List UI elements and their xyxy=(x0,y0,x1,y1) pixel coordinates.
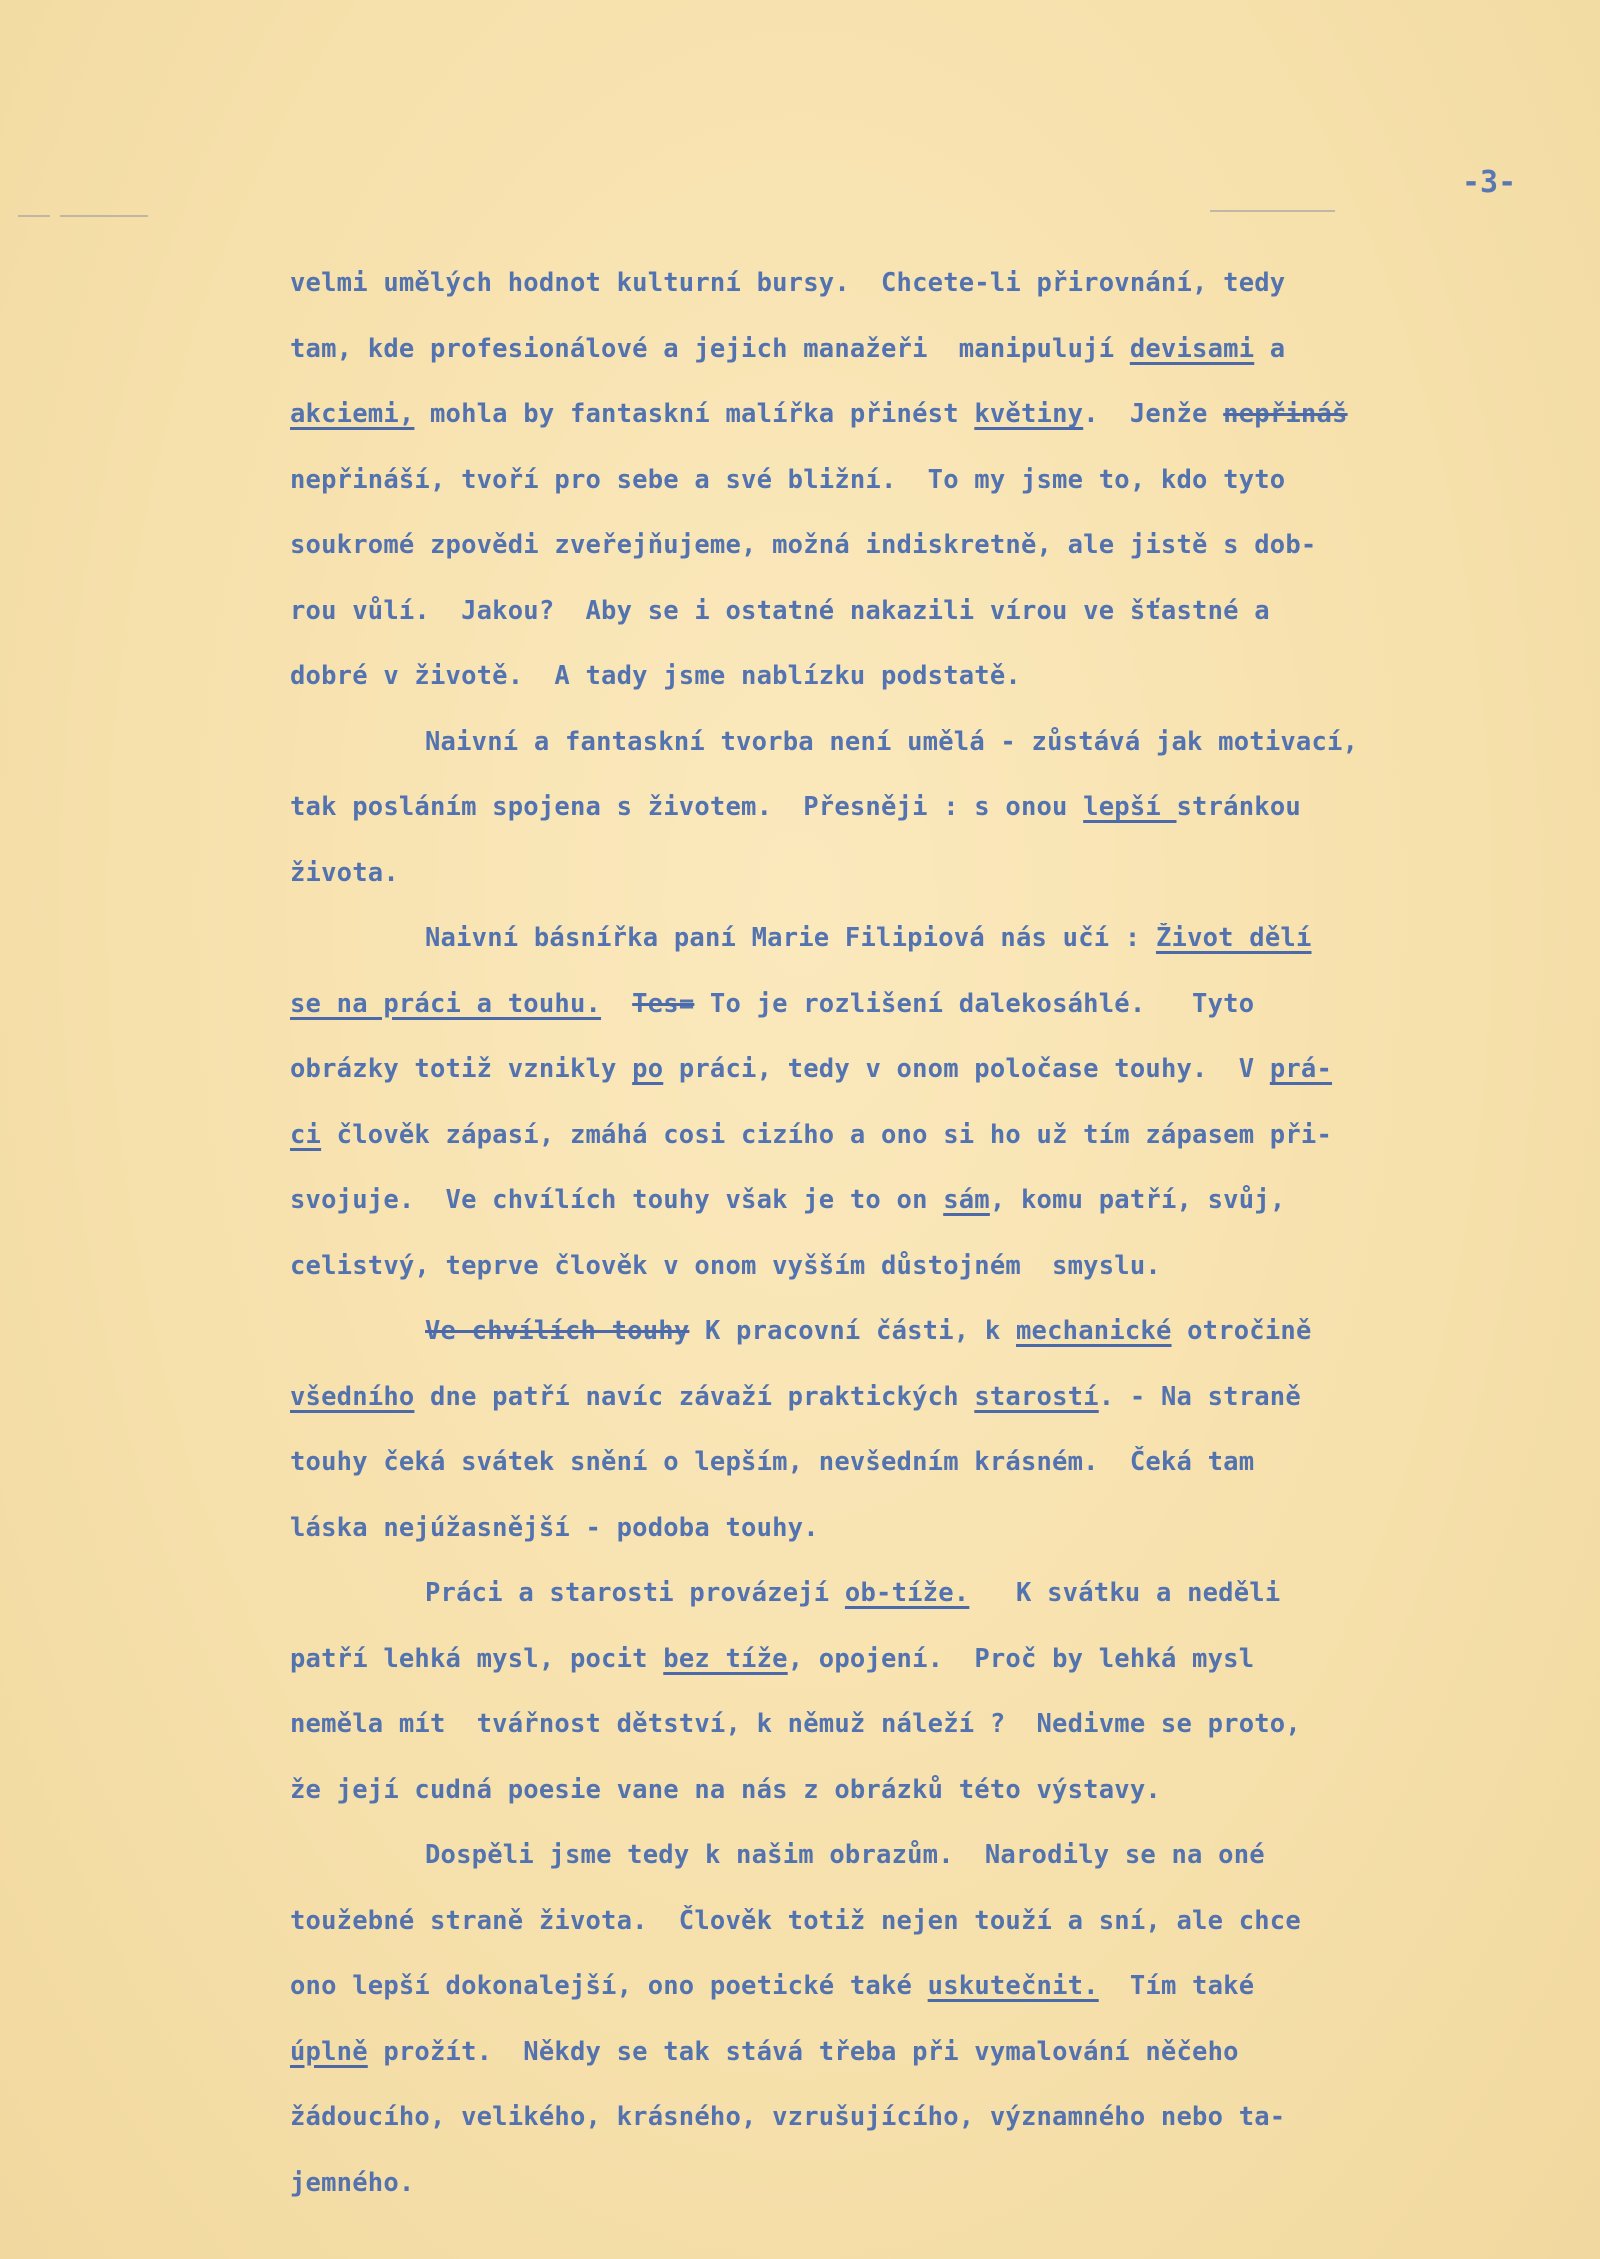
text-segment: a xyxy=(1254,334,1285,364)
underlined-text: devisami xyxy=(1130,334,1254,364)
text-segment: jemného. xyxy=(290,2168,414,2198)
text-segment: Naivní básnířka paní Marie Filipiová nás… xyxy=(425,923,1156,953)
text-segment: Tím také xyxy=(1099,1971,1255,2001)
text-segment: člověk zápasí, zmáhá cosi cizího a ono s… xyxy=(321,1120,1332,1150)
typewritten-page: -3- velmi umělých hodnot kulturní bursy.… xyxy=(0,0,1600,2259)
struck-through-text: nepřináš xyxy=(1223,399,1347,429)
text-segment: Dospěli jsme tedy k našim obrazům. Narod… xyxy=(425,1840,1265,1870)
text-segment: . - Na straně xyxy=(1099,1382,1301,1412)
text-line: života. xyxy=(290,855,1580,921)
text-line: soukromé zpovědi zveřejňujeme, možná ind… xyxy=(290,527,1580,593)
underlined-text: bez tíže xyxy=(663,1644,787,1674)
text-line: dobré v životě. A tady jsme nablízku pod… xyxy=(290,658,1580,724)
text-segment: neměla mít tvářnost dětství, k němuž nál… xyxy=(290,1709,1301,1739)
text-line: se na práci a touhu. Tes= To je rozlišen… xyxy=(290,986,1580,1052)
text-segment: že její cudná poesie vane na nás z obráz… xyxy=(290,1775,1161,1805)
text-segment: života. xyxy=(290,858,399,888)
text-line: patří lehká mysl, pocit bez tíže, opojen… xyxy=(290,1641,1580,1707)
margin-mark-right xyxy=(1210,210,1335,212)
text-segment: obrázky totiž vznikly xyxy=(290,1054,632,1084)
text-line: obrázky totiž vznikly po práci, tedy v o… xyxy=(290,1051,1580,1117)
text-line: svojuje. Ve chvílích touhy však je to on… xyxy=(290,1182,1580,1248)
text-line: ci člověk zápasí, zmáhá cosi cizího a on… xyxy=(290,1117,1580,1183)
text-segment: tam, kde profesionálové a jejich manažeř… xyxy=(290,334,1130,364)
text-segment: nepřináší, tvoří pro sebe a své bližní. … xyxy=(290,465,1285,495)
text-line: že její cudná poesie vane na nás z obráz… xyxy=(290,1772,1580,1838)
text-segment: celistvý, teprve člověk v onom vyšším dů… xyxy=(290,1251,1161,1281)
text-segment: dobré v životě. A tady jsme nablízku pod… xyxy=(290,661,1021,691)
margin-mark-left-2 xyxy=(60,215,148,217)
text-segment: tak posláním spojena s životem. Přesněji… xyxy=(290,792,1083,822)
text-segment: žádoucího, velikého, krásného, vzrušujíc… xyxy=(290,2102,1285,2132)
underlined-text: všedního xyxy=(290,1382,414,1412)
text-segment: patří lehká mysl, pocit xyxy=(290,1644,663,1674)
text-segment: práci, tedy v onom poločase touhy. V xyxy=(663,1054,1270,1084)
text-line: rou vůlí. Jakou? Aby se i ostatné nakazi… xyxy=(290,593,1580,659)
text-segment: , opojení. Proč by lehká mysl xyxy=(788,1644,1255,1674)
text-line: láska nejúžasnější - podoba touhy. xyxy=(290,1510,1580,1576)
text-line: nepřináší, tvoří pro sebe a své bližní. … xyxy=(290,462,1580,528)
struck-through-text: Tes= xyxy=(632,989,694,1019)
text-segment: Naivní a fantaskní tvorba není umělá - z… xyxy=(425,727,1358,757)
text-segment: soukromé zpovědi zveřejňujeme, možná ind… xyxy=(290,530,1316,560)
underlined-text: mechanické xyxy=(1016,1316,1172,1346)
text-segment: dne patří navíc závaží praktických xyxy=(414,1382,974,1412)
text-segment: svojuje. Ve chvílích touhy však je to on xyxy=(290,1185,943,1215)
text-segment: velmi umělých hodnot kulturní bursy. Chc… xyxy=(290,268,1285,298)
text-line: všedního dne patří navíc závaží praktick… xyxy=(290,1379,1580,1445)
text-line: tam, kde profesionálové a jejich manažeř… xyxy=(290,331,1580,397)
text-segment: prožít. Někdy se tak stává třeba při vym… xyxy=(368,2037,1239,2067)
text-line: celistvý, teprve člověk v onom vyšším dů… xyxy=(290,1248,1580,1314)
page-number: -3- xyxy=(1462,165,1516,200)
text-line: toužebné straně života. Člověk totiž nej… xyxy=(290,1903,1580,1969)
text-line: žádoucího, velikého, krásného, vzrušujíc… xyxy=(290,2099,1580,2165)
text-segment xyxy=(601,989,632,1019)
text-segment: , komu patří, svůj, xyxy=(990,1185,1286,1215)
text-line: jemného. xyxy=(290,2165,1580,2231)
text-segment: mohla by fantaskní malířka přinést xyxy=(414,399,974,429)
underlined-text: květiny xyxy=(974,399,1083,429)
text-line: velmi umělých hodnot kulturní bursy. Chc… xyxy=(290,265,1580,331)
underlined-text: akciemi, xyxy=(290,399,414,429)
text-line: úplně prožít. Někdy se tak stává třeba p… xyxy=(290,2034,1580,2100)
underlined-text: sám xyxy=(943,1185,990,1215)
paragraph-start-line: Naivní básnířka paní Marie Filipiová nás… xyxy=(290,920,1580,986)
underlined-text: ci xyxy=(290,1120,321,1150)
paragraph-start-line: Naivní a fantaskní tvorba není umělá - z… xyxy=(290,724,1580,790)
text-segment: Práci a starosti provázejí xyxy=(425,1578,845,1608)
underlined-text: se na práci a touhu. xyxy=(290,989,601,1019)
text-segment: rou vůlí. Jakou? Aby se i ostatné nakazi… xyxy=(290,596,1270,626)
underlined-text: lepší xyxy=(1083,792,1176,822)
text-line: akciemi, mohla by fantaskní malířka přin… xyxy=(290,396,1580,462)
text-segment: K pracovní části, k xyxy=(689,1316,1016,1346)
text-segment: . Jenže xyxy=(1083,399,1223,429)
text-segment: stránkou xyxy=(1177,792,1301,822)
text-segment: K svátku a neděli xyxy=(969,1578,1280,1608)
underlined-text: ob-tíže. xyxy=(845,1578,969,1608)
paragraph-start-line: Práci a starosti provázejí ob-tíže. K sv… xyxy=(290,1575,1580,1641)
text-line: ono lepší dokonalejší, ono poetické také… xyxy=(290,1968,1580,2034)
text-segment: touhy čeká svátek snění o lepším, nevšed… xyxy=(290,1447,1254,1477)
underlined-text: starostí xyxy=(974,1382,1098,1412)
body-text: velmi umělých hodnot kulturní bursy. Chc… xyxy=(290,265,1580,2230)
text-segment: toužebné straně života. Člověk totiž nej… xyxy=(290,1906,1301,1936)
text-segment: láska nejúžasnější - podoba touhy. xyxy=(290,1513,819,1543)
struck-through-text: Ve chvílích touhy xyxy=(425,1316,689,1346)
text-line: touhy čeká svátek snění o lepším, nevšed… xyxy=(290,1444,1580,1510)
underlined-text: po xyxy=(632,1054,663,1084)
underlined-text: Život dělí xyxy=(1156,923,1312,953)
text-line: neměla mít tvářnost dětství, k němuž nál… xyxy=(290,1706,1580,1772)
text-segment: otročině xyxy=(1172,1316,1312,1346)
underlined-text: prá- xyxy=(1270,1054,1332,1084)
underlined-text: uskutečnit. xyxy=(928,1971,1099,2001)
text-segment: ono lepší dokonalejší, ono poetické také xyxy=(290,1971,928,2001)
paragraph-start-line: Ve chvílích touhy K pracovní části, k me… xyxy=(290,1313,1580,1379)
margin-mark-left xyxy=(18,215,50,217)
underlined-text: úplně xyxy=(290,2037,368,2067)
paragraph-start-line: Dospěli jsme tedy k našim obrazům. Narod… xyxy=(290,1837,1580,1903)
text-segment: To je rozlišení dalekosáhlé. Tyto xyxy=(694,989,1254,1019)
text-line: tak posláním spojena s životem. Přesněji… xyxy=(290,789,1580,855)
